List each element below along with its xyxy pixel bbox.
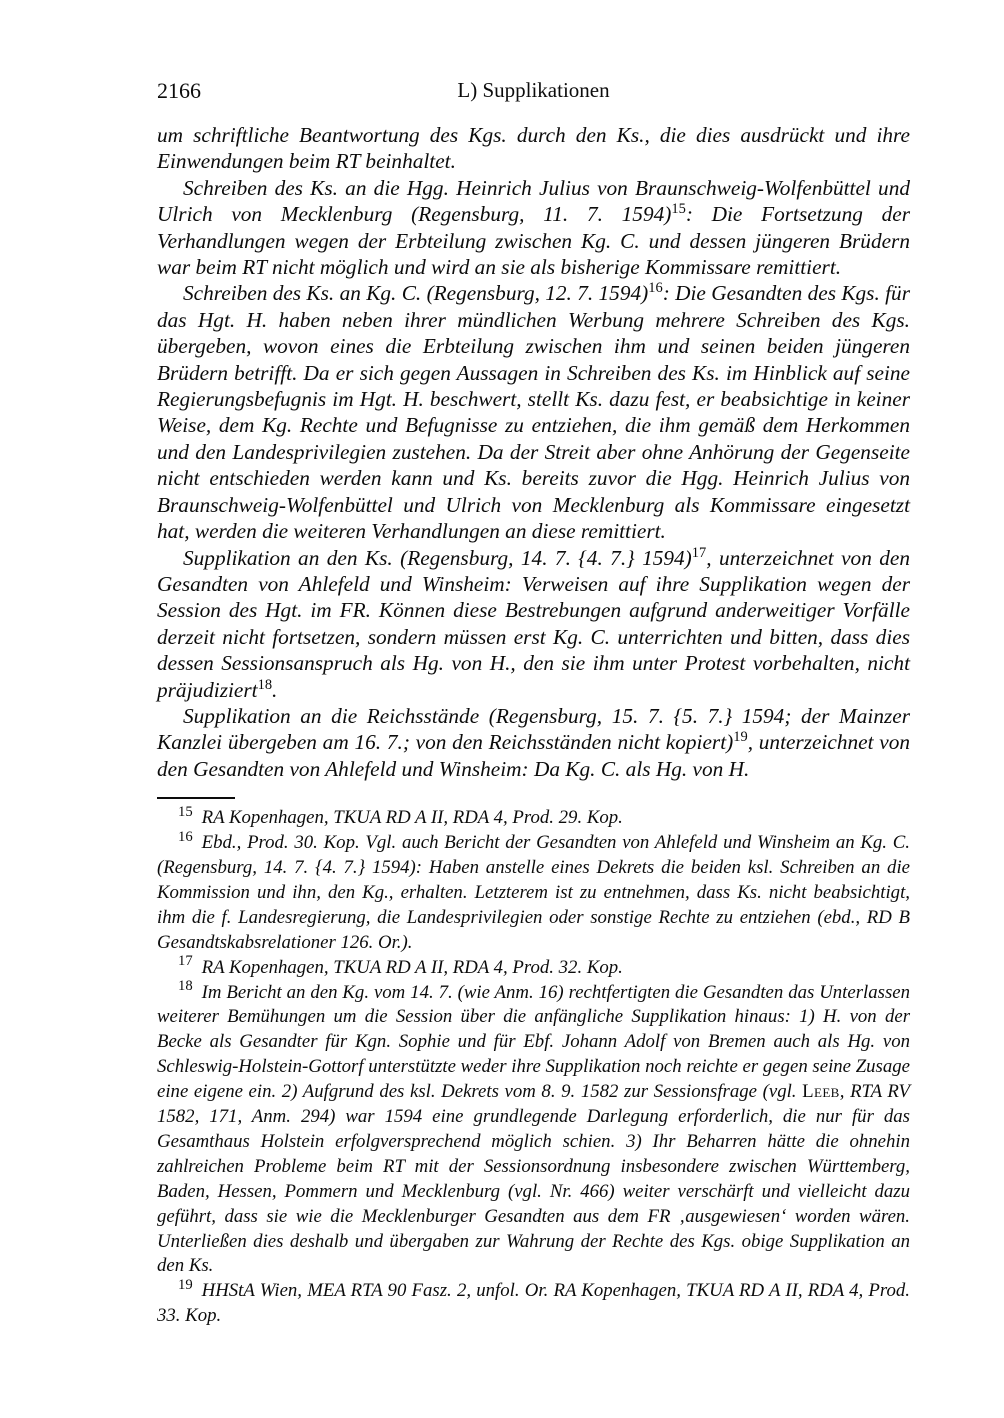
footnote-number: 17 (178, 953, 193, 969)
footnote-number: 19 (178, 1277, 193, 1293)
body-paragraph: Supplikation an den Ks. (Regensburg, 14.… (157, 545, 910, 703)
footnote-number: 18 (178, 978, 193, 994)
footnote-ref: 18 (258, 676, 272, 692)
footnote-ref: 16 (648, 280, 662, 296)
footnotes-section: 15RA Kopenhagen, TKUA RD A II, RDA 4, Pr… (157, 806, 910, 1329)
body-paragraph: um schriftliche Beantwortung des Kgs. du… (157, 122, 910, 175)
body-paragraph: Schreiben des Ks. an die Hgg. Heinrich J… (157, 175, 910, 281)
footnote: 16Ebd., Prod. 30. Kop. Vgl. auch Bericht… (157, 831, 910, 956)
running-header: L) Supplikationen (157, 78, 910, 103)
body-paragraph: Schreiben des Ks. an Kg. C. (Regensburg,… (157, 280, 910, 544)
body-text: um schriftliche Beantwortung des Kgs. du… (157, 122, 910, 782)
page-header: 2166 L) Supplikationen (157, 78, 910, 105)
footnote-number: 15 (178, 804, 193, 820)
footnote-number: 16 (178, 829, 193, 845)
book-page: 2166 L) Supplikationen um schriftliche B… (0, 0, 1004, 1418)
footnote-ref: 19 (733, 729, 747, 745)
page-number: 2166 (157, 78, 201, 104)
footnote-ref: 17 (692, 544, 706, 560)
author-name-smallcaps: Leeb (802, 1081, 840, 1102)
footnote: 18Im Bericht an den Kg. vom 14. 7. (wie … (157, 981, 910, 1280)
footnote: 15RA Kopenhagen, TKUA RD A II, RDA 4, Pr… (157, 806, 910, 831)
footnote: 19HHStA Wien, MEA RTA 90 Fasz. 2, unfol.… (157, 1279, 910, 1329)
footnote-separator (157, 797, 235, 799)
body-paragraph: Supplikation an die Reichsstände (Regens… (157, 703, 910, 782)
footnote-ref: 15 (671, 201, 685, 217)
footnote: 17RA Kopenhagen, TKUA RD A II, RDA 4, Pr… (157, 956, 910, 981)
